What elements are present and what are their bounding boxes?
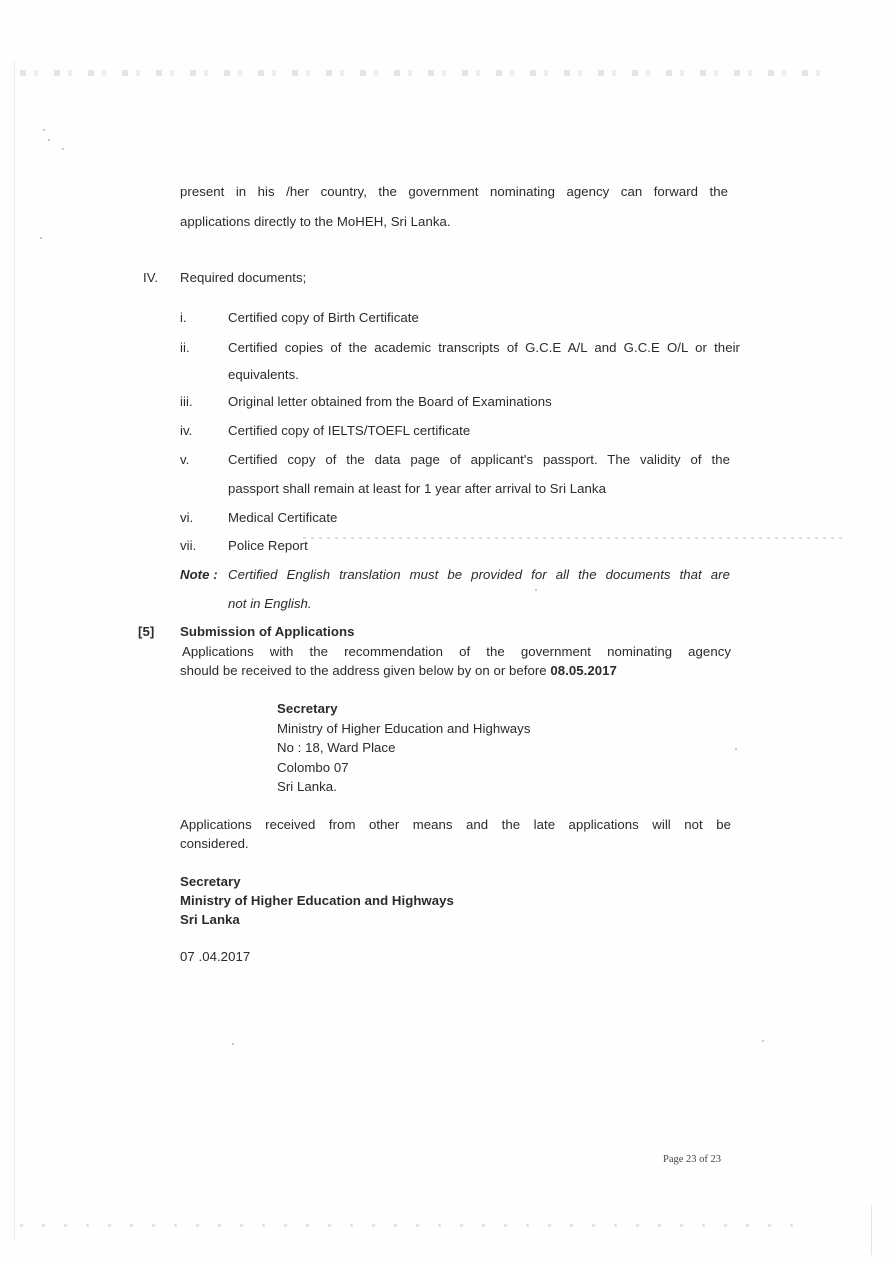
scan-speck	[43, 129, 45, 131]
scan-speck	[762, 1040, 764, 1042]
address-line: No : 18, Ward Place	[277, 741, 395, 754]
list-item-number: iii.	[180, 395, 193, 408]
list-item-number: iv.	[180, 424, 192, 437]
submission-paragraph-line-1: Applications with the recommendation of …	[182, 645, 731, 658]
list-item-number: i.	[180, 311, 187, 324]
list-item-number: vi.	[180, 511, 193, 524]
submission-deadline: 08.05.2017	[550, 663, 617, 678]
scan-speck	[735, 748, 737, 750]
scan-noise-bottom	[20, 1224, 810, 1227]
list-item: Certified copies of the academic transcr…	[228, 341, 740, 354]
document-date: 07 .04.2017	[180, 950, 250, 963]
section-heading-submission: Submission of Applications	[180, 625, 354, 638]
signature-country: Sri Lanka	[180, 913, 240, 926]
submission-paragraph-text: should be received to the address given …	[180, 663, 550, 678]
list-item: Medical Certificate	[228, 511, 337, 524]
note-text-line-1: Certified English translation must be pr…	[228, 568, 730, 581]
scan-edge-right	[871, 1205, 872, 1255]
list-item: Certified copy of Birth Certificate	[228, 311, 419, 324]
scan-speck	[48, 139, 50, 141]
list-item: Police Report	[228, 539, 308, 552]
scan-speck	[62, 148, 64, 150]
section-number: [5]	[138, 625, 154, 638]
section-heading-required-documents: Required documents;	[180, 271, 306, 284]
address-title: Secretary	[277, 702, 338, 715]
list-item-continuation: equivalents.	[228, 368, 299, 381]
scan-speck	[232, 1043, 234, 1045]
list-item: Original letter obtained from the Board …	[228, 395, 552, 408]
address-line: Ministry of Higher Education and Highway…	[277, 722, 530, 735]
scan-noise-top	[20, 70, 820, 76]
scan-edge-left	[14, 60, 15, 1240]
address-line: Sri Lanka.	[277, 780, 337, 793]
list-item-continuation: passport shall remain at least for 1 yea…	[228, 482, 606, 495]
note-label: Note :	[180, 568, 218, 581]
scan-noise-line	[303, 537, 843, 539]
section-number: IV.	[143, 271, 158, 284]
page-number: Page 23 of 23	[663, 1155, 721, 1166]
list-item-number: v.	[180, 453, 189, 466]
signature-organization: Ministry of Higher Education and Highway…	[180, 894, 454, 907]
submission-paragraph-line-2: should be received to the address given …	[180, 664, 617, 677]
note-text-line-2: not in English.	[228, 597, 312, 610]
late-applications-line-1: Applications received from other means a…	[180, 818, 731, 831]
late-applications-line-2: considered.	[180, 837, 249, 850]
scan-speck	[40, 237, 42, 239]
list-item-number: ii.	[180, 341, 190, 354]
signature-title: Secretary	[180, 875, 241, 888]
address-line: Colombo 07	[277, 761, 349, 774]
list-item: Certified copy of IELTS/TOEFL certificat…	[228, 424, 470, 437]
list-item-number: vii.	[180, 539, 196, 552]
list-item: Certified copy of the data page of appli…	[228, 453, 730, 466]
intro-line-2: applications directly to the MoHEH, Sri …	[180, 215, 451, 228]
intro-line-1: present in his /her country, the governm…	[180, 185, 728, 198]
scan-speck	[535, 589, 537, 591]
document-page: present in his /her country, the governm…	[0, 0, 893, 1263]
